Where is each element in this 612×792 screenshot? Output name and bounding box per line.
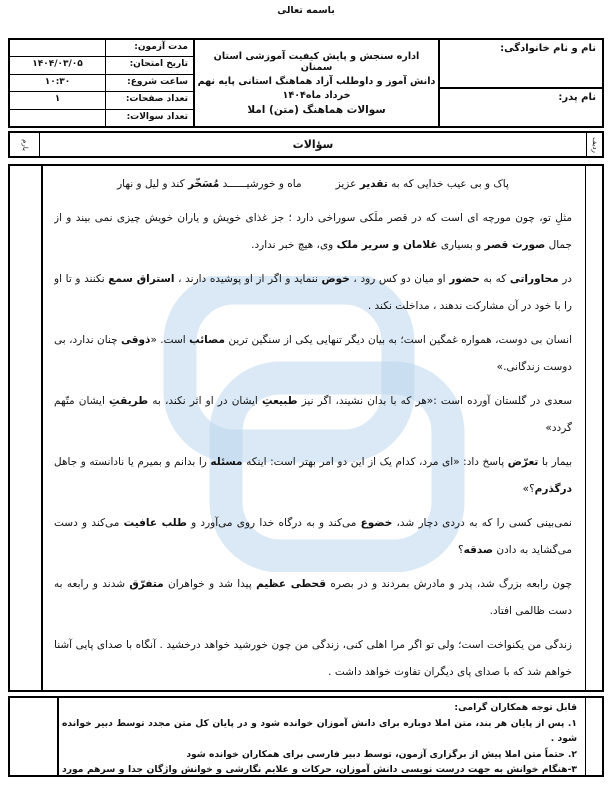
dictation-paragraph: در محاوراتی که به حضور او میان دو کس رود… — [54, 266, 572, 320]
dictation-text: وی، هیچ خبر ندارد. — [251, 239, 336, 251]
duration-value — [10, 40, 105, 56]
exam-info-row: تعداد سوالات: — [10, 110, 193, 126]
dictation-text: و بسیاری — [438, 239, 485, 251]
dictation-text: عزیز — [336, 178, 360, 190]
dictation-text: او میان دو کس رود ، — [350, 273, 449, 285]
page-count-label: تعداد صفحات: — [105, 92, 193, 108]
dictation-key-word: صدقه — [464, 544, 493, 556]
dictation-text: را بدانم و بمیرم یا نادانسته و جاهل — [54, 456, 210, 468]
dictation-key-word: استراق سمع — [108, 273, 174, 285]
dictation-key-word: متفرّق — [129, 578, 163, 590]
dictation-text: در — [559, 273, 572, 285]
exam-info-row: مدت آزمون: — [10, 40, 193, 57]
score-header-cell: بارم — [10, 133, 40, 156]
dictation-key-word: غلامان و سریر ملک — [337, 239, 438, 251]
dictation-key-word: تقدیر — [360, 178, 388, 190]
bismillah-text: باسمه تعالی — [0, 5, 612, 16]
dictation-text: می‌کند و به درگاه خدا روی می‌آورد و — [187, 517, 361, 529]
dictation-paragraph: انسان بی دوست، همواره غمگین است؛ به بیان… — [54, 327, 572, 381]
barem-label: بارم — [21, 139, 29, 151]
exam-info-row: تعداد صفحات: ۱ — [10, 92, 193, 109]
exam-month-line: خرداد ماه۱۴۰۴ — [197, 90, 436, 101]
dictation-text: سعدی در گلستان آورده است :«هر که با بدان… — [297, 395, 572, 407]
notes-title: قابل توجه همکاران گرامی: — [62, 700, 580, 716]
dictation-key-word: طریقتِ — [109, 395, 148, 407]
dictation-key-word: خوض — [322, 273, 350, 285]
exam-info-row: ساعت شروع: ۱۰:۳۰ — [10, 75, 193, 92]
notes-row-number-divider — [585, 698, 587, 775]
row-number-header-cell: ردیف — [586, 133, 602, 156]
note-item: ۱. پس از پایان هر بند، متن املا دوباره ب… — [62, 716, 580, 747]
dictation-paragraph: بیمار با تعرّض پاسخ داد: «ای مرد، کدام ی… — [54, 449, 572, 503]
notes-score-divider — [57, 698, 59, 775]
dictation-text: چون رابعه بزرگ شد، پدر و مادرش بمردند و … — [326, 578, 572, 590]
dictation-key-word: تعرّض — [508, 456, 539, 468]
dictation-text: زندگی من یکنواخت است؛ ولی تو اگر مرا اهل… — [54, 639, 572, 678]
dictation-paragraph: چون رابعه بزرگ شد، پدر و مادرش بمردند و … — [54, 571, 572, 625]
dictation-text: کند و لیل و نهار — [117, 178, 188, 190]
dictation-key-word: طلب عافیت — [124, 517, 187, 529]
questions-title: سؤالات — [40, 133, 586, 156]
dictation-key-word: خضوع — [361, 517, 393, 529]
dictation-text: ماه و خورشیــــــد — [219, 178, 301, 190]
dictation-text: انسان بی دوست، همواره غمگین است؛ به بیان… — [225, 334, 572, 346]
dictation-text: ایشان در او اثر نکند، به — [148, 395, 262, 407]
score-column-divider — [41, 166, 43, 690]
dictation-key-word: محاوراتی — [510, 273, 559, 285]
notes-content: قابل توجه همکاران گرامی: ۱. پس از پایان … — [62, 700, 580, 774]
organization-title: اداره سنجش و پایش کیفیت آموزشی استان سمن… — [197, 51, 436, 73]
exam-paper-page: باسمه تعالی نام و نام خانوادگی: نام پدر:… — [0, 0, 612, 792]
dictation-text: بیمار با — [538, 456, 572, 468]
start-time-value: ۱۰:۳۰ — [10, 75, 105, 91]
exam-date-label: تاریخ امتحان: — [105, 57, 193, 73]
row-number-column-divider — [585, 166, 587, 690]
student-info-column: نام و نام خانوادگی: نام پدر: — [438, 40, 602, 126]
dictation-key-word: مسئله — [210, 456, 242, 468]
questions-band: ردیف سؤالات بارم — [8, 131, 604, 158]
notes-box: قابل توجه همکاران گرامی: ۱. پس از پایان … — [8, 696, 604, 777]
dictation-text: که به — [480, 273, 510, 285]
duration-label: مدت آزمون: — [105, 40, 193, 56]
dictation-text: پاسخ داد: «ای مرد، کدام یک از این دو امر… — [243, 456, 508, 468]
hemistich: پاک و بی عیب خدایی که به تقدیر عزیز — [336, 171, 509, 198]
start-time-label: ساعت شروع: — [105, 75, 193, 91]
dictation-key-word: درگذرم — [535, 483, 572, 495]
dictation-key-word: مُسَخّر — [188, 178, 219, 190]
dictation-text: ننماید و اگر از او پوشیده دارند ، — [174, 273, 321, 285]
questions-body: پاک و بی عیب خدایی که به تقدیر عزیزماه و… — [54, 171, 572, 686]
page-count-value: ۱ — [10, 92, 105, 108]
dictation-text: ؟» — [523, 483, 535, 495]
fullname-field[interactable]: نام و نام خانوادگی: — [440, 40, 602, 87]
header-table: نام و نام خانوادگی: نام پدر: اداره سنجش … — [8, 38, 604, 128]
exam-date-value: ۱۴۰۴/۰۳/۰۵ — [10, 57, 105, 73]
dictation-paragraph: نمی‌بینی کسی را که به دردی دچار شد، خضوع… — [54, 510, 572, 564]
note-item: ۳-هنگام خوانش به جهت درست نویسی دانش آمو… — [62, 762, 580, 774]
dictation-key-word: قحطی عظیم — [256, 578, 326, 590]
dictation-key-word: ذوقی — [121, 334, 150, 346]
exam-title-block: اداره سنجش و پایش کیفیت آموزشی استان سمن… — [193, 40, 438, 126]
exam-info-column: مدت آزمون: تاریخ امتحان: ۱۴۰۴/۰۳/۰۵ ساعت… — [10, 40, 193, 126]
poem-line: پاک و بی عیب خدایی که به تقدیر عزیزماه و… — [54, 171, 572, 198]
exam-info-row: تاریخ امتحان: ۱۴۰۴/۰۳/۰۵ — [10, 57, 193, 74]
dictation-paragraph: مثلِ تو، چون مورچه ای است که در قصر ملَک… — [54, 205, 572, 259]
dictation-key-word: صورت قصر — [485, 239, 546, 251]
dictation-paragraph: زندگی من یکنواخت است؛ ولی تو اگر مرا اهل… — [54, 632, 572, 686]
hemistich: ماه و خورشیــــــد مُسَخّر کند و لیل و ن… — [117, 171, 302, 198]
dictation-paragraph: سعدی در گلستان آورده است :«هر که با بدان… — [54, 388, 572, 442]
dictation-text: پاک و بی عیب خدایی که به — [388, 178, 509, 190]
dictation-text: نمی‌بینی کسی را که به دردی دچار شد، — [392, 517, 572, 529]
questions-box: پاک و بی عیب خدایی که به تقدیر عزیزماه و… — [8, 164, 604, 692]
dictation-text: است. « — [150, 334, 189, 346]
father-name-label: نام پدر: — [558, 92, 596, 103]
question-count-label: تعداد سوالات: — [105, 110, 193, 126]
question-count-value — [10, 110, 105, 126]
radif-label: ردیف — [590, 137, 598, 153]
exam-audience-line: دانش آموز و داوطلب آزاد هماهنگ استانی پا… — [197, 76, 436, 87]
exam-subject-line: سوالات هماهنگ (متن) املا — [197, 104, 436, 116]
note-item: ۲. حتماً متن املا پیش از برگزاری آزمون، … — [62, 747, 580, 763]
fullname-label: نام و نام خانوادگی: — [500, 43, 596, 54]
father-name-field[interactable]: نام پدر: — [440, 87, 602, 126]
dictation-text: پیدا شد و خواهران — [164, 578, 256, 590]
dictation-key-word: مصائب — [189, 334, 225, 346]
dictation-key-word: طبیعتِ — [262, 395, 298, 407]
dictation-key-word: حضور — [449, 273, 480, 285]
